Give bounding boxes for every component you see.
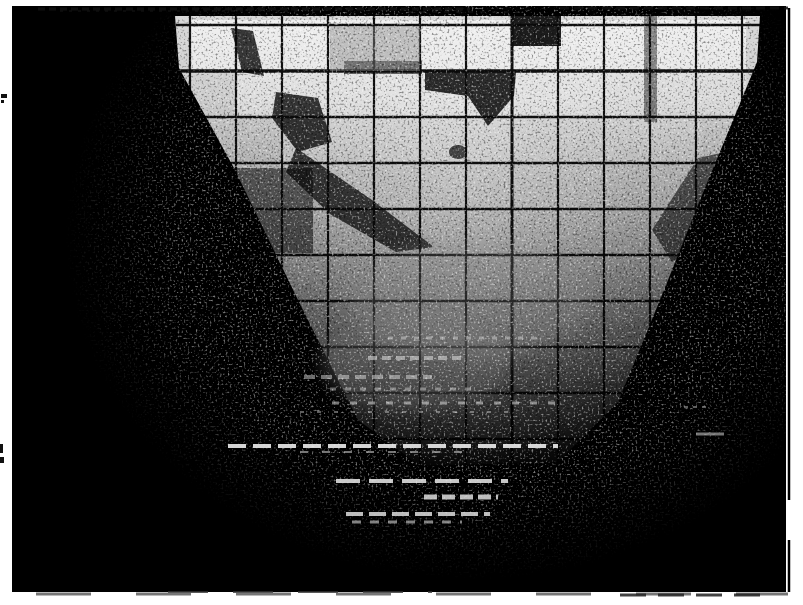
margin-tick <box>1 100 4 103</box>
photo-canvas <box>0 0 803 605</box>
halftone-white-grain <box>12 6 788 592</box>
photograph: Black-and-white halftone photograph of a… <box>0 0 803 605</box>
margin-tick <box>0 457 4 463</box>
margin-tick <box>0 444 3 453</box>
margin-tick <box>1 94 7 98</box>
page: Black-and-white halftone photograph of a… <box>0 0 803 605</box>
